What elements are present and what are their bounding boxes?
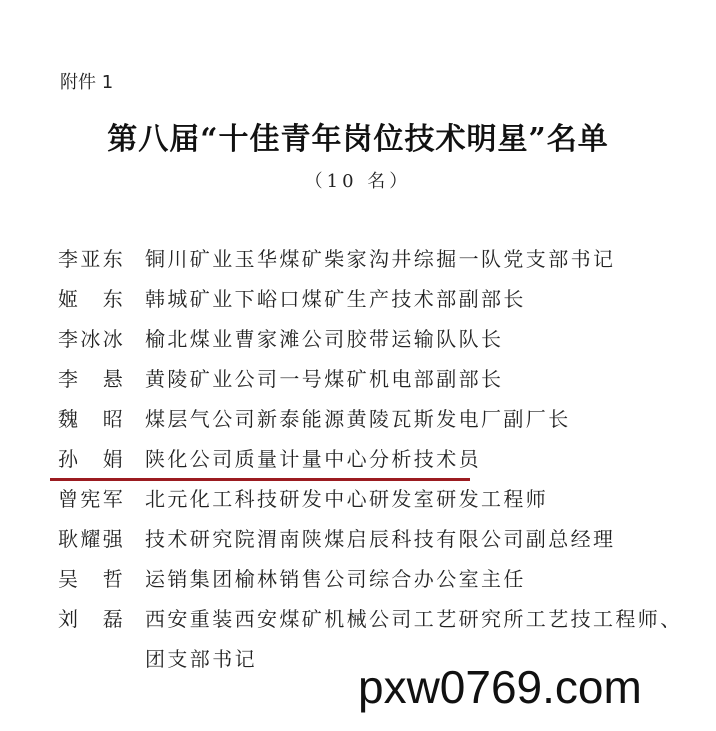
entry-name: 李 悬 — [58, 366, 145, 392]
list-item: 姬 东 韩城矿业下峪口煤矿生产技术部副部长 — [58, 286, 698, 326]
entry-role: 北元化工科技研发中心研发室研发工程师 — [145, 486, 698, 512]
entry-name: 刘 磊 — [58, 606, 145, 632]
document-title: 第八届“十佳青年岗位技术明星”名单 — [0, 114, 716, 158]
entry-role: 陕化公司质量计量中心分析技术员 — [145, 446, 698, 472]
entry-role: 铜川矿业玉华煤矿柴家沟井综掘一队党支部书记 — [145, 246, 698, 272]
entry-name: 姬 东 — [58, 286, 145, 312]
entry-role: 西安重装西安煤矿机械公司工艺研究所工艺技工程师、 — [145, 607, 683, 631]
entry-role: 技术研究院渭南陕煤启辰科技有限公司副总经理 — [145, 526, 698, 552]
entry-name: 耿耀强 — [58, 526, 145, 552]
entry-role: 运销集团榆林销售公司综合办公室主任 — [145, 566, 698, 592]
watermark: pxw0769.com — [358, 660, 642, 714]
list-item: 魏 昭 煤层气公司新泰能源黄陵瓦斯发电厂副厂长 — [58, 406, 698, 446]
list-item: 李 悬 黄陵矿业公司一号煤矿机电部副部长 — [58, 366, 698, 406]
document-subtitle: （10 名） — [0, 167, 716, 193]
list-item: 曾宪军 北元化工科技研发中心研发室研发工程师 — [58, 486, 698, 526]
list-item: 李亚东 铜川矿业玉华煤矿柴家沟井综掘一队党支部书记 — [58, 246, 698, 286]
entry-role: 黄陵矿业公司一号煤矿机电部副部长 — [145, 366, 698, 392]
entry-name: 魏 昭 — [58, 406, 145, 432]
entry-name: 李亚东 — [58, 246, 145, 272]
name-list: 李亚东 铜川矿业玉华煤矿柴家沟井综掘一队党支部书记 姬 东 韩城矿业下峪口煤矿生… — [58, 246, 698, 672]
attachment-label: 附件 1 — [60, 68, 113, 94]
list-item: 李冰冰 榆北煤业曹家滩公司胶带运输队队长 — [58, 326, 698, 366]
list-item: 吴 哲 运销集团榆林销售公司综合办公室主任 — [58, 566, 698, 606]
entry-name: 曾宪军 — [58, 486, 145, 512]
entry-name: 吴 哲 — [58, 566, 145, 592]
entry-role: 榆北煤业曹家滩公司胶带运输队队长 — [145, 326, 698, 352]
list-item-highlighted: 孙 娟 陕化公司质量计量中心分析技术员 — [58, 446, 698, 486]
entry-role: 韩城矿业下峪口煤矿生产技术部副部长 — [145, 286, 698, 312]
entry-role: 煤层气公司新泰能源黄陵瓦斯发电厂副厂长 — [145, 406, 698, 432]
entry-name: 李冰冰 — [58, 326, 145, 352]
entry-name: 孙 娟 — [58, 446, 145, 472]
list-item: 耿耀强 技术研究院渭南陕煤启辰科技有限公司副总经理 — [58, 526, 698, 566]
